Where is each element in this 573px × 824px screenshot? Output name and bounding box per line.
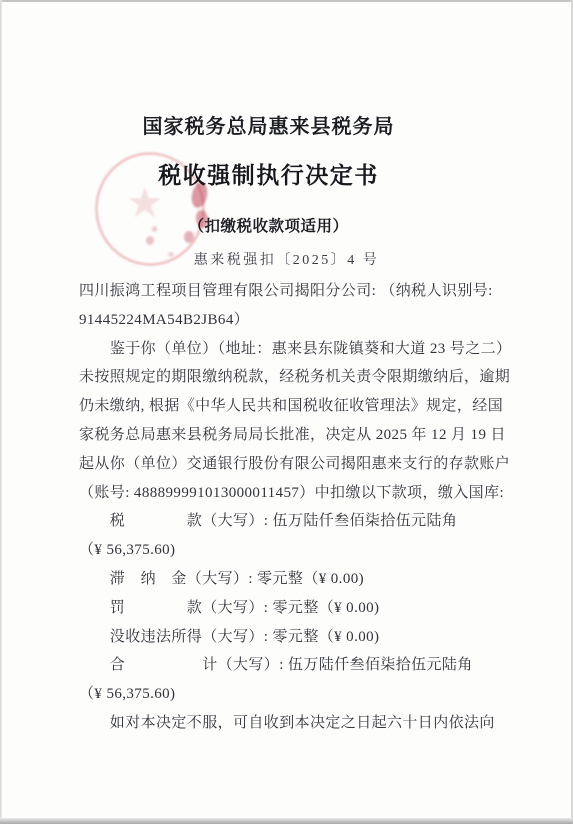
body-line-overdue-1: 未按照规定的期限缴纳税款，经税务机关责令限期缴纳后，逾期 <box>79 363 519 392</box>
body-line-approval-date: 家税务总局惠来县税务局局长批准，决定从 2025 年 12 月 19 日 <box>79 421 519 450</box>
body-line-tax-amount: （¥ 56,375.60) <box>79 536 519 565</box>
scanned-tax-document-page: ★ 国家税务总局惠来县税务局 税收强制执行决定书 （扣缴税收款项适用） 惠来税强… <box>0 0 573 824</box>
scan-edge-left <box>0 0 2 824</box>
scan-edge-bottom <box>0 818 573 824</box>
body-line-confiscated: 没收违法所得（大写）: 零元整（¥ 0.00) <box>79 623 519 652</box>
body-line-account-number: （账号: 488899991013000011457）中扣缴以下款项，缴入国库: <box>79 479 519 508</box>
document-subtitle: （扣缴税收款项适用） <box>0 214 537 236</box>
seal-ink-mark <box>146 236 154 245</box>
body-line-late-fee: 滞 纳 金（大写）: 零元整（¥ 0.00) <box>79 565 519 594</box>
body-line-taxpayer-id: 91445224MA54B2JB64） <box>79 306 519 335</box>
document-title: 税收强制执行决定书 <box>0 157 537 190</box>
body-line-overdue-2: 仍未缴纳, 根据《中华人民共和国税收征收管理法》规定，经国 <box>79 392 519 421</box>
document-number: 惠来税强扣〔2025〕4 号 <box>0 249 573 269</box>
body-line-total-amount: （¥ 56,375.60) <box>79 680 519 709</box>
body-line-tax-words: 税 款（大写）: 伍万陆仟叁佰柒拾伍元陆角 <box>79 507 519 536</box>
scan-edge-top <box>0 0 573 2</box>
body-line-company: 四川振鸿工程项目管理有限公司揭阳分公司: （纳税人识别号: <box>79 277 519 306</box>
body-line-bank: 起从你（单位）交通银行股份有限公司揭阳惠来支行的存款账户 <box>79 450 519 479</box>
body-line-appeal-notice: 如对本决定不服，可自收到本决定之日起六十日内依法向 <box>79 709 519 738</box>
document-body: 四川振鸿工程项目管理有限公司揭阳分公司: （纳税人识别号: 91445224MA… <box>79 277 519 738</box>
agency-title: 国家税务总局惠来县税务局 <box>0 110 537 139</box>
body-line-total-words: 合 计（大写）: 伍万陆仟叁佰柒拾伍元陆角 <box>79 651 519 680</box>
body-line-whereas: 鉴于你（单位）（地址：惠来县东陇镇葵和大道 23 号之二） <box>79 335 519 364</box>
body-line-penalty: 罚 款（大写）: 零元整（¥ 0.00) <box>79 594 519 623</box>
